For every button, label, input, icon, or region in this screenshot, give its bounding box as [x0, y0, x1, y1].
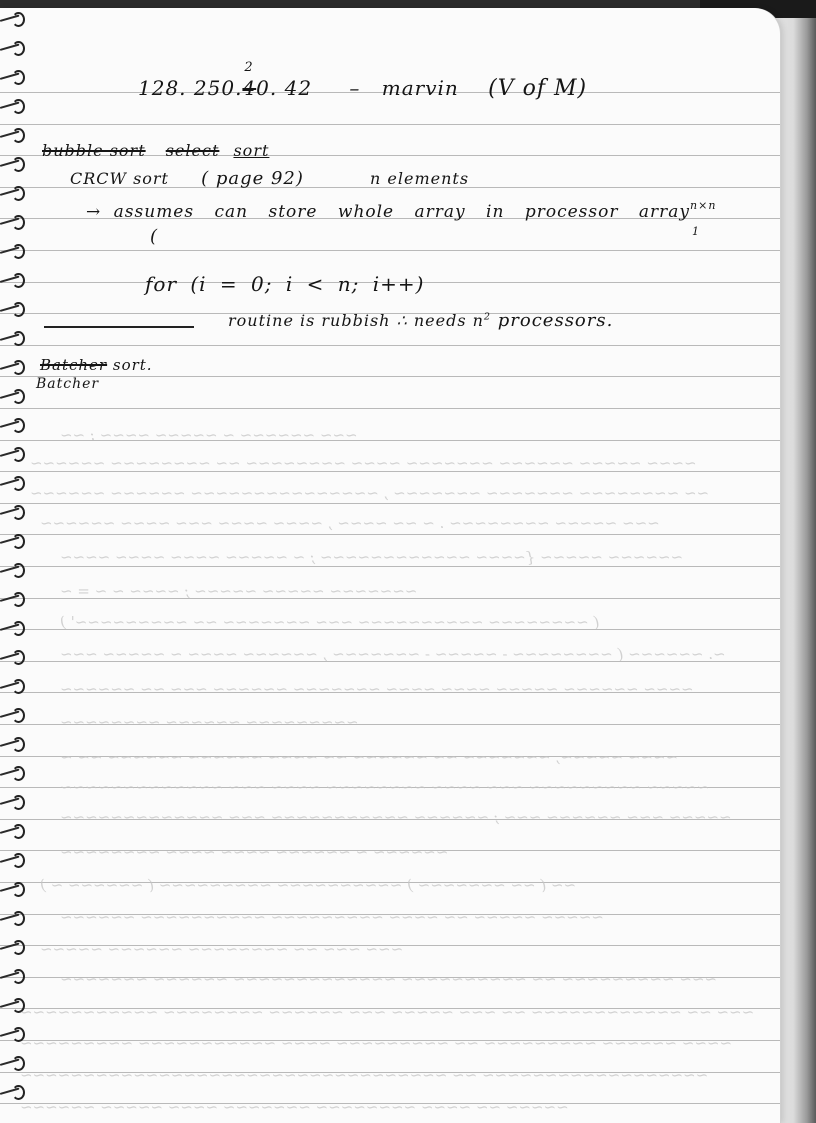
spiral-ring: [0, 538, 24, 548]
batcher-sort-line: Batcher sort.: [40, 356, 153, 374]
spiral-ring: [0, 306, 24, 316]
spiral-ring: [0, 799, 24, 809]
spiral-ring: [0, 103, 24, 113]
spiral-ring: [0, 886, 24, 896]
rule-line: [0, 566, 780, 567]
array-dim-sup: n×n: [690, 199, 716, 212]
ip-prefix: 128. 250.: [138, 76, 242, 100]
spiral-ring: [0, 915, 24, 925]
spiral-ring: [0, 683, 24, 693]
spiral-ring: [0, 451, 24, 461]
rule-line: [0, 124, 780, 125]
struck-select: select: [166, 141, 220, 160]
rule-line: [0, 345, 780, 346]
page-reference: ( page 92): [201, 168, 304, 189]
spiral-ring: [0, 944, 24, 954]
assumes-line: → assumes can store whole array in proce…: [86, 202, 720, 222]
spiral-ring: [0, 567, 24, 577]
spiral-ring: [0, 161, 24, 171]
spiral-ring: [0, 74, 24, 84]
for-loop: for (i = 0; i < n; i++): [145, 272, 424, 296]
spiral-ring: [0, 393, 24, 403]
spiral-ring: [0, 712, 24, 722]
ip-address-line: 128. 250.240. 42 – marvin (V of M): [138, 76, 587, 101]
sort-label: sort: [233, 141, 269, 160]
spiral-ring: [0, 219, 24, 229]
crcw-sort: CRCW sort: [70, 169, 169, 188]
spiral-ring: [0, 277, 24, 287]
routine-line: routine is rubbish ∴ needs n2 processors…: [228, 310, 613, 331]
notebook-page: ~~~ ~~~~~~ ~ ~~~~~ ~~~~ : ~~ ~~~~ ~~~~~ …: [0, 8, 780, 1123]
crcw-line: CRCW sort ( page 92) n elements: [70, 168, 469, 189]
spiral-ring: [0, 770, 24, 780]
array-dim-sub: 1: [692, 225, 700, 238]
rule-line: [0, 250, 780, 251]
struck-bubble-sort: bubble sort: [42, 141, 146, 160]
n-elements: n elements: [370, 169, 469, 188]
rule-line: [0, 503, 780, 504]
spiral-ring: [0, 422, 24, 432]
spiral-ring: [0, 335, 24, 345]
rule-line: [0, 408, 780, 409]
arrow-icon: →: [86, 202, 101, 222]
spiral-ring: [0, 596, 24, 606]
ip-correction: 2: [244, 60, 253, 75]
sort-word: sort.: [107, 356, 152, 374]
batcher-label: Batcher: [36, 376, 99, 392]
organization: (V of M): [488, 76, 587, 101]
spiral-ring: [0, 973, 24, 983]
dash: –: [349, 76, 360, 100]
n-squared-exponent: 2: [484, 312, 491, 323]
spiral-ring: [0, 509, 24, 519]
spiral-ring: [0, 828, 24, 838]
spiral-ring: [0, 480, 24, 490]
spiral-ring: [0, 625, 24, 635]
open-paren: (: [150, 226, 158, 247]
spiral-ring: [0, 654, 24, 664]
spiral-ring: [0, 857, 24, 867]
spiral-ring: [0, 132, 24, 142]
host-name: marvin: [382, 76, 459, 100]
spiral-ring: [0, 16, 24, 26]
processors-text: processors.: [491, 310, 613, 331]
routine-text: routine is rubbish ∴ needs n: [228, 311, 484, 330]
spiral-ring: [0, 190, 24, 200]
assumes-text: assumes can store whole array in process…: [114, 202, 690, 222]
spiral-ring: [0, 364, 24, 374]
spiral-ring: [0, 248, 24, 258]
spiral-ring: [0, 741, 24, 751]
rule-line: [0, 534, 780, 535]
rule-line: [0, 376, 780, 377]
ip-rest: 0. 42: [256, 76, 312, 100]
struck-batcher: Batcher: [40, 356, 107, 374]
ip-struck-digit: 4: [242, 76, 256, 100]
ip-corrected-octet: 24: [242, 76, 256, 100]
spiral-ring: [0, 45, 24, 55]
underline-rule: [44, 326, 194, 328]
sort-heading: bubble sort select sort: [42, 141, 269, 160]
